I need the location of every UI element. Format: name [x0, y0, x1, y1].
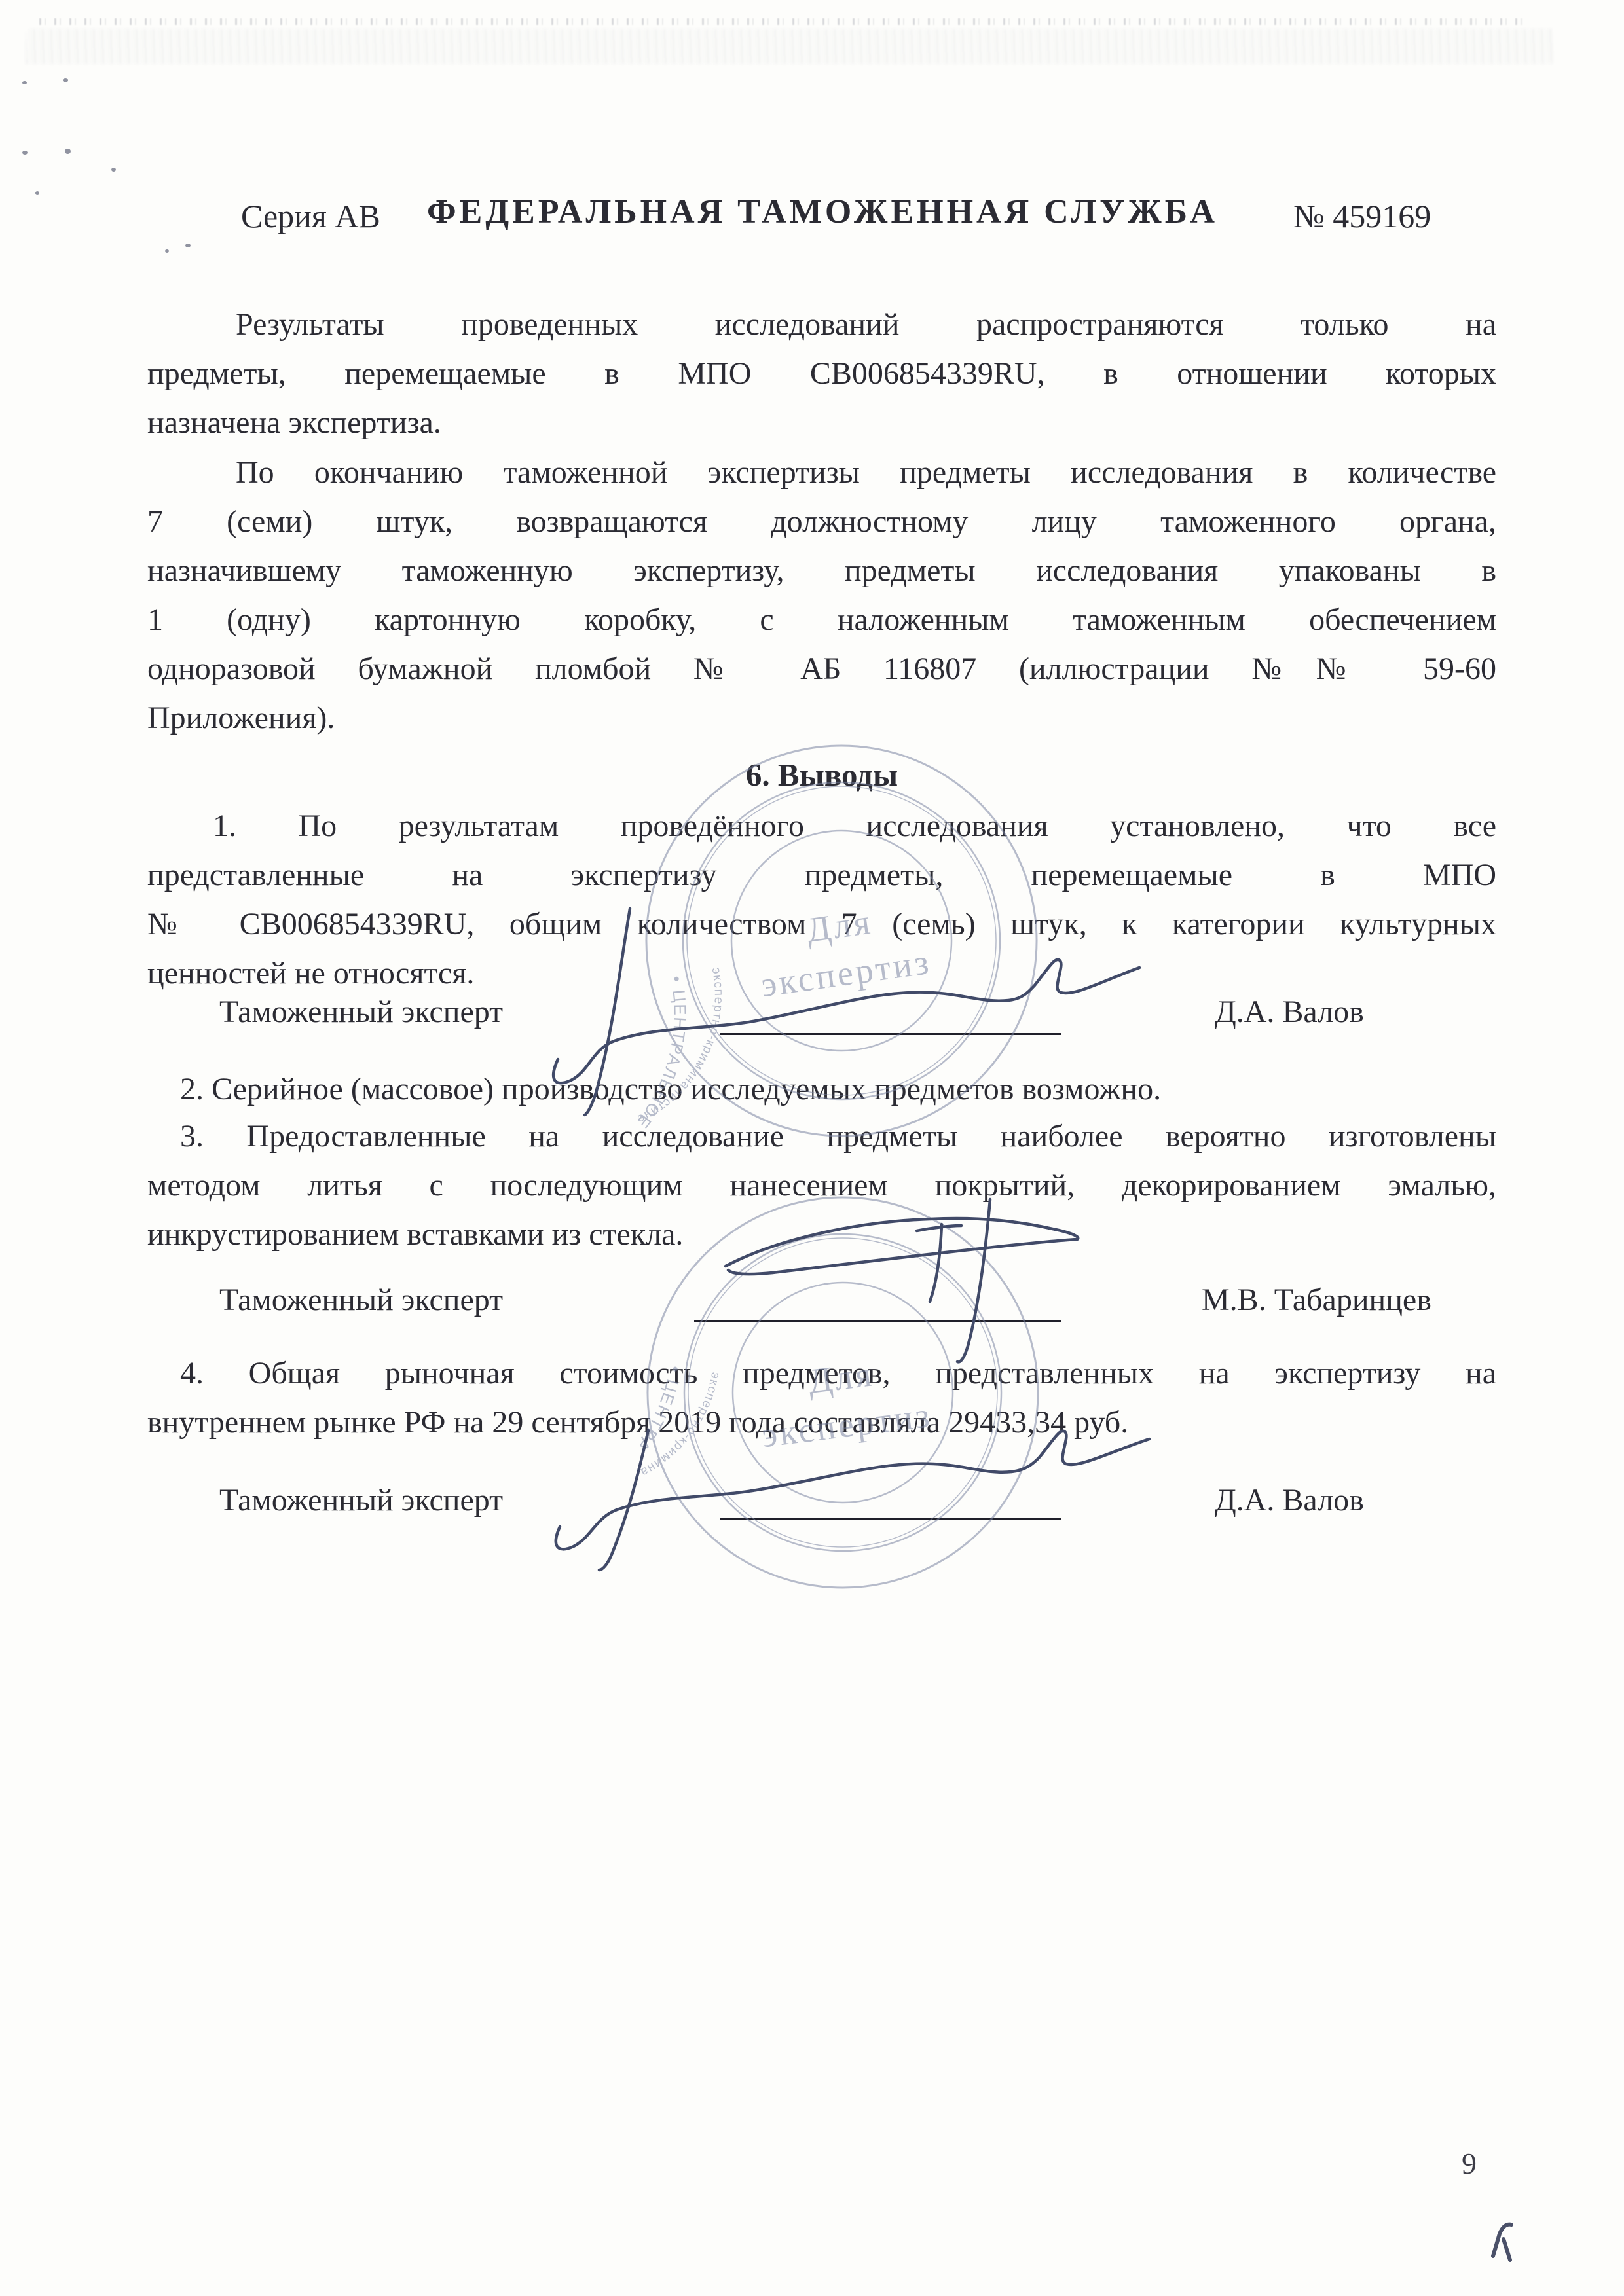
header-title: ФЕДЕРАЛЬНАЯ ТАМОЖЕННАЯ СЛУЖБА [427, 194, 1218, 230]
scan-speck [63, 78, 68, 82]
scan-speck [185, 244, 191, 247]
paragraph-line: 4. Общая рыночная стоимость предметов, п… [147, 1349, 1496, 1398]
conclusion-1: 1. По результатам проведённого исследова… [147, 801, 1496, 998]
paragraph-line: 2. Серийное (массовое) производство иссл… [147, 1065, 1496, 1114]
paragraph-line: ценностей не относятся. [147, 949, 1496, 998]
paragraph-line: 7 (семи) штук, возвращаются должностному… [147, 497, 1496, 546]
paragraph-line: 3. Предоставленные на исследование предм… [147, 1112, 1496, 1161]
paragraph-line: предметы, перемещаемые в МПО CB006854339… [147, 349, 1496, 398]
paragraph-line: одноразовой бумажной пломбой № АБ 116807… [147, 644, 1496, 693]
scan-speck [65, 149, 71, 154]
signature-name: Д.А. Валов [1215, 993, 1364, 1032]
paragraph-line: методом литья с последующим нанесением п… [147, 1161, 1496, 1210]
signature-label: Таможенный эксперт [219, 1481, 503, 1520]
signature-name: М.В. Табаринцев [1202, 1281, 1431, 1320]
header-number: № 459169 [1293, 198, 1431, 234]
scan-noise-band [26, 29, 1552, 64]
paragraph-line: инкрустированием вставками из стекла. [147, 1210, 1496, 1259]
handwritten-mark [1493, 2225, 1511, 2260]
paragraph-line: № CB006854339RU, общим количеством 7 (се… [147, 900, 1496, 949]
section-heading: 6. Выводы [147, 750, 1496, 799]
signature-underline [720, 1033, 1061, 1035]
paragraph-line: По окончанию таможенной экспертизы предм… [147, 448, 1496, 497]
scanned-document-page: Серия АВ ФЕДЕРАЛЬНАЯ ТАМОЖЕННАЯ СЛУЖБА №… [0, 0, 1624, 2296]
paragraph-return-of-items: По окончанию таможенной экспертизы предм… [147, 448, 1496, 742]
signature-label: Таможенный эксперт [219, 1281, 503, 1320]
scan-speck [165, 249, 169, 253]
scan-speck [111, 168, 116, 172]
paragraph-line: внутреннем рынке РФ на 29 сентября 2019 … [147, 1398, 1496, 1447]
paragraph-line: Результаты проведенных исследований расп… [147, 300, 1496, 349]
scan-speck [35, 191, 39, 195]
signature-underline [720, 1518, 1061, 1520]
scan-speck [22, 81, 27, 84]
signature-underline [694, 1320, 1061, 1322]
conclusion-4: 4. Общая рыночная стоимость предметов, п… [147, 1349, 1496, 1447]
paragraph-line: представленные на экспертизу предметы, п… [147, 850, 1496, 900]
paragraph-line: назначившему таможенную экспертизу, пред… [147, 546, 1496, 595]
paragraph-results: Результаты проведенных исследований расп… [147, 300, 1496, 447]
signature-label: Таможенный эксперт [219, 993, 503, 1032]
page-number: 9 [1462, 2146, 1477, 2181]
scan-speck [22, 151, 28, 155]
conclusion-3: 3. Предоставленные на исследование предм… [147, 1112, 1496, 1259]
paragraph-line: 1 (одну) картонную коробку, с наложенным… [147, 595, 1496, 644]
conclusion-2: 2. Серийное (массовое) производство иссл… [147, 1065, 1496, 1114]
signature-name: Д.А. Валов [1215, 1481, 1364, 1520]
paragraph-line: 1. По результатам проведённого исследова… [147, 801, 1496, 850]
scan-noise-ticks [39, 18, 1526, 25]
paragraph-line: назначена экспертиза. [147, 398, 1496, 447]
paragraph-line: Приложения). [147, 693, 1496, 742]
signature-stroke-valov-2 [556, 1430, 1149, 1570]
header-series: Серия АВ [241, 198, 380, 234]
